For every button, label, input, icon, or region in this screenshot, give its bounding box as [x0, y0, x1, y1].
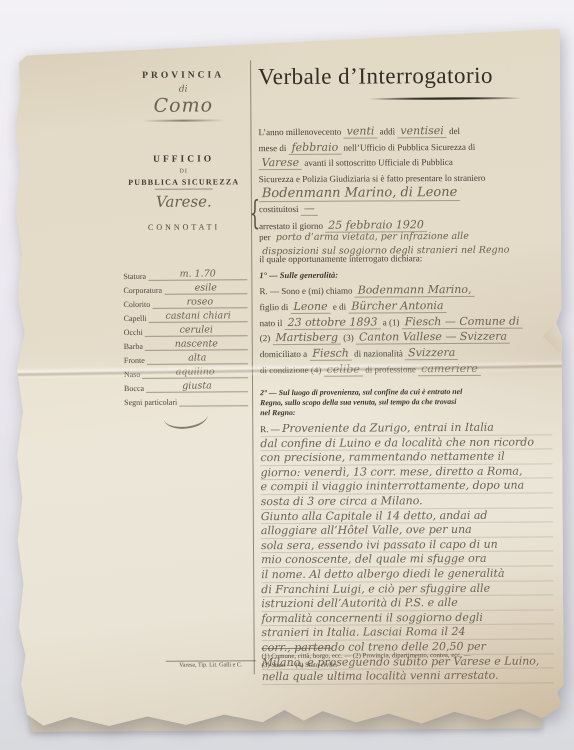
text-line: (2) Martisberg (3) Canton Vallese — Sviz… [260, 329, 552, 347]
printed-text: Occhi [124, 328, 145, 337]
handwritten-text: nascente [145, 339, 248, 351]
pubblica-sicurezza-label: PUBBLICA SICUREZZA [119, 177, 249, 187]
text-line: Capellicastani chiari [124, 308, 248, 323]
small-rule [155, 188, 213, 189]
handwritten-text: istruzioni dell’Autorità di P.S. e alle [261, 596, 457, 610]
text-line: nella quale ultima località venni arrest… [262, 668, 554, 684]
printer-mark: Varese, Tip. Lit. Galli e C. [166, 660, 256, 669]
printed-text: Colorito [123, 300, 152, 309]
handwritten-text: Bürcher Antonia [348, 299, 446, 314]
handwritten-text: febbraio [289, 140, 342, 154]
handwritten-text: formalità concernenti il soggiorno degli [261, 611, 483, 625]
handwritten-text: porto d’arma vietata, per infrazione all… [273, 231, 472, 243]
provincia-label: PROVINCIA [118, 70, 248, 81]
document-paper: PROVINCIA di Como UFFICIO DI PUBBLICA SI… [12, 22, 564, 741]
handwritten-text: Giunto alla Capitale il 14 detto, andai … [261, 508, 488, 522]
text-line: Coloritoroseo [123, 294, 247, 309]
connotati-rows: Staturam. 1.70CorporaturaesileColoritoro… [123, 266, 248, 407]
printed-text: L’anno millenovecento [258, 127, 343, 138]
printed-text: costituitosi [259, 204, 301, 214]
photo-background: { "colors": { "paper": "#eae2d0", "print… [0, 0, 574, 750]
handwritten-text: cerulei [145, 325, 248, 337]
handwritten-text: Canton Vallese — Svizzera [356, 330, 510, 345]
printed-text: (3) [341, 333, 356, 343]
handwritten-text: Fiesch — Comune di [402, 314, 523, 329]
ufficio-di-label: DI [119, 168, 249, 175]
text-line: mese di febbraio nell’Ufficio di Pubblic… [259, 138, 551, 155]
printed-text: addì [377, 126, 397, 136]
printed-text: nell’Ufficio di Pubblica Sicurezza di [341, 141, 475, 152]
handwritten-text: m. 1.70 [148, 269, 247, 281]
text-line: Staturam. 1.70 [123, 266, 247, 281]
text-line: Barbanascente [124, 336, 248, 351]
printed-text: R. — Sono e (mi) chiamo [259, 286, 354, 297]
text-line: costituitosi — [259, 198, 551, 217]
text-line: nato il 23 ottobre 1893 a (1) Fiesch — C… [260, 313, 552, 331]
handwritten-text: mio conoscente, del quale mi sfugge ora [261, 552, 487, 566]
printed-text: domiciliato a [260, 349, 310, 359]
form-brace: { [250, 194, 257, 233]
handwritten-text: di Franchini Luigi, e ciò per sfuggire a… [261, 581, 490, 595]
document-paper-wrapper: PROVINCIA di Como UFFICIO DI PUBBLICA SI… [14, 24, 562, 740]
handwritten-text: castani chiari [149, 311, 248, 323]
printed-text: Sicurezza e Polizia Giudiziaria si è fat… [259, 172, 486, 183]
printed-text: Capelli [124, 314, 149, 323]
handwritten-text: dal confine di Luino e da località che n… [260, 435, 534, 450]
printed-text: R. — [260, 424, 282, 434]
handwritten-text: il nome. Al detto albergo diedi le gener… [261, 567, 504, 581]
text-line: nel Regno: [260, 406, 552, 418]
handwritten-flourish [164, 412, 209, 431]
handwritten-text: Proveniente da Zurigo, entrai in Italia [282, 421, 494, 435]
printed-text: Segni particolari [124, 398, 179, 407]
handwritten-text: Varese [259, 156, 303, 170]
printed-text: Corporatura [123, 286, 164, 295]
text-line: (3) Stato — (4) Stato civile. [262, 659, 554, 670]
handwritten-text: nella quale ultima località venni arrest… [262, 669, 499, 683]
ufficio-label: UFFICIO [119, 154, 249, 165]
handwritten-text: Leone [290, 300, 330, 314]
handwritten-text: roseo [152, 297, 247, 309]
title-underline-flourish [370, 97, 520, 101]
printed-text: e di [331, 301, 349, 311]
handwritten-text: Fiesch [309, 347, 352, 361]
text-line: Varese avanti il sottoscritto Ufficiale … [259, 153, 551, 170]
handwritten-text: sosta di 3 ore circa a Milano. [261, 494, 423, 508]
question-1-label: 1° — Sulle generalità: [259, 268, 551, 280]
question-2-label: 2° — Sul luogo di provenienza, sul confi… [260, 386, 552, 418]
intro-paragraph: L’anno millenovecento venti addì ventise… [258, 122, 550, 200]
text-line: Sicurezza e Polizia Giudiziaria si è fat… [259, 169, 551, 186]
text-line: Segni particolari [124, 392, 248, 407]
printed-text: Bocca [124, 384, 146, 393]
printed-text: a (1) [380, 317, 401, 327]
text-line: Corporaturaesile [123, 280, 247, 295]
text-line: L’anno millenovecento venti addì ventise… [258, 122, 550, 139]
text-line: Boccagiusta [124, 378, 248, 393]
handwritten-text: giusta [146, 381, 248, 393]
provincia-value-handwritten: Como [118, 94, 248, 117]
handwritten-text: ventisei [397, 124, 447, 138]
printed-text: per [259, 232, 273, 242]
handwritten-text: alloggiare all’Hôtel Valle, ove per una [261, 523, 472, 537]
handwritten-text: 23 ottobre 1893 [285, 315, 381, 330]
handwritten-text: alta [147, 353, 248, 365]
handwritten-text: e compii il viaggio ininterrottamente, d… [261, 479, 525, 494]
text-line: figlio di Leone e di Bürcher Antonia [259, 297, 551, 315]
handwritten-text: con precisione, rammentando nettamente i… [260, 450, 504, 464]
printed-text: figlio di [260, 302, 291, 312]
dichiara-line: il quale opportunamente interrogato dich… [259, 252, 551, 264]
handwritten-text [179, 405, 248, 406]
printed-text: Fronte [124, 356, 147, 365]
printed-text: di nazionalità [352, 348, 405, 358]
handwritten-text: — [301, 202, 318, 216]
handwritten-text: esile [164, 283, 247, 295]
printed-text: Statura [123, 272, 148, 281]
handwritten-underline-flourish [142, 119, 224, 122]
printed-text: (2) [260, 333, 273, 343]
footnotes: (1) Comune, città, borgo, ecc. — (2) Pro… [262, 650, 554, 670]
text-line: Occhicerulei [124, 322, 248, 337]
connotati-heading: CONNOTATI [119, 222, 249, 232]
printed-text: mese di [259, 142, 289, 152]
left-column: PROVINCIA di Como UFFICIO DI PUBBLICA SI… [118, 24, 248, 25]
printed-text: nato il [260, 318, 285, 328]
printed-text: Barba [124, 342, 145, 351]
ufficio-city-handwritten: Varese. [119, 192, 249, 211]
handwritten-text: Martisberg [272, 331, 341, 345]
handwritten-text: Bodenmann Marino, [355, 283, 475, 298]
printed-text: avanti il sottoscritto Ufficiale di Pubb… [302, 157, 453, 168]
handwritten-text: venti [344, 124, 378, 138]
text-line: Frontealta [124, 350, 248, 365]
document-title: Verbale d’Interrogatorio [258, 62, 550, 90]
question-2-answer-handwritten: R. — Proveniente da Zurigo, entrai in It… [260, 420, 554, 684]
handwritten-text: stranieri in Italia. Lasciai Roma il 24 [261, 625, 465, 639]
handwritten-text: giorno: venerdì, 13 corr. mese, diretto … [261, 464, 523, 479]
main-column: Verbale d’Interrogatorio L’anno millenov… [258, 22, 550, 24]
handwritten-text: sola sera, essendo ivi passato il capo d… [261, 537, 498, 551]
text-line: domiciliato a Fiesch di nazionalità Sviz… [260, 345, 552, 363]
text-line: R. — Sono e (mi) chiamo Bodenmann Marino… [259, 281, 551, 299]
printed-text: del [447, 126, 460, 136]
handwritten-text: Svizzera [405, 346, 458, 360]
